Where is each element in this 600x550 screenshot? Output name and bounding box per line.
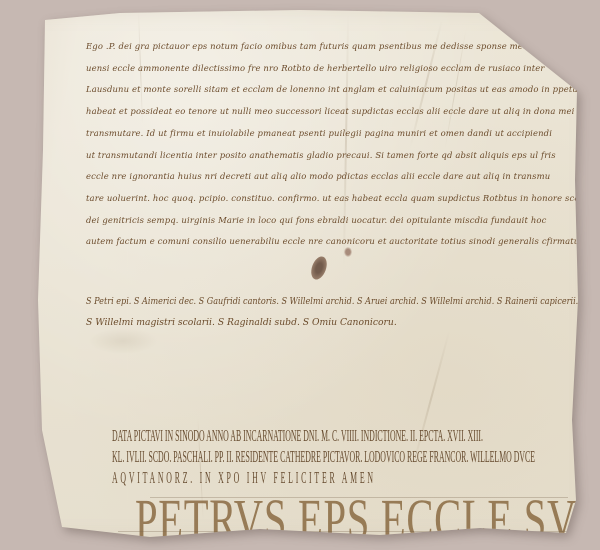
body-line: tare uoluerint. hoc quoq. pcipio. consti… (86, 189, 590, 211)
ruling-line (118, 531, 568, 532)
body-line: eccle nre ignorantia huius nri decreti a… (86, 167, 590, 189)
parchment: Ego .P. dei gra pictauor eps notum facio… (0, 0, 600, 550)
parchment-sheet: Ego .P. dei gra pictauor eps notum facio… (0, 0, 600, 550)
witness-signatures-line: S Petri epi. S Aimerici dec. S Gaufridi … (86, 296, 578, 307)
body-line: uensi eccle ammonente dilectissimo fre n… (86, 59, 590, 81)
discoloration-patch (88, 328, 158, 354)
body-line: ut transmutandi licentia inter posito an… (86, 146, 590, 168)
body-line: autem factum e comuni consilio uenerabil… (86, 232, 590, 254)
body-line: Lausdunu et monte sorelli sitam et eccla… (86, 80, 590, 102)
manuscript-photo: Ego .P. dei gra pictauor eps notum facio… (0, 0, 600, 550)
witness-signatures-line: S Willelmi magistri scolarii. S Raginald… (86, 317, 397, 328)
body-line: Ego .P. dei gra pictauor eps notum facio… (86, 37, 590, 59)
dating-clause-line: DATA PICTAVI IN SINODO ANNO AB INCARNATI… (112, 426, 483, 446)
body-line: habeat et possideat eo tenore ut nulli m… (86, 102, 590, 124)
body-line: dei genitricis sempq. uirginis Marie in … (86, 211, 590, 233)
dating-clause-line: AQVITANORZ. IN XPO IHV FELICITER AMEN (112, 468, 376, 488)
charter-body-text: Ego .P. dei gra pictauor eps notum facio… (86, 37, 590, 254)
dating-clause-line: KL. IVLII. SCDO. PASCHALI. PP. II. RESID… (112, 447, 535, 467)
episcopal-subscription: PETRVS EPS ECCLE SVE (135, 486, 600, 550)
body-line: transmutare. Id ut firmu et inuiolabile … (86, 124, 590, 146)
parchment-hole (308, 254, 329, 281)
